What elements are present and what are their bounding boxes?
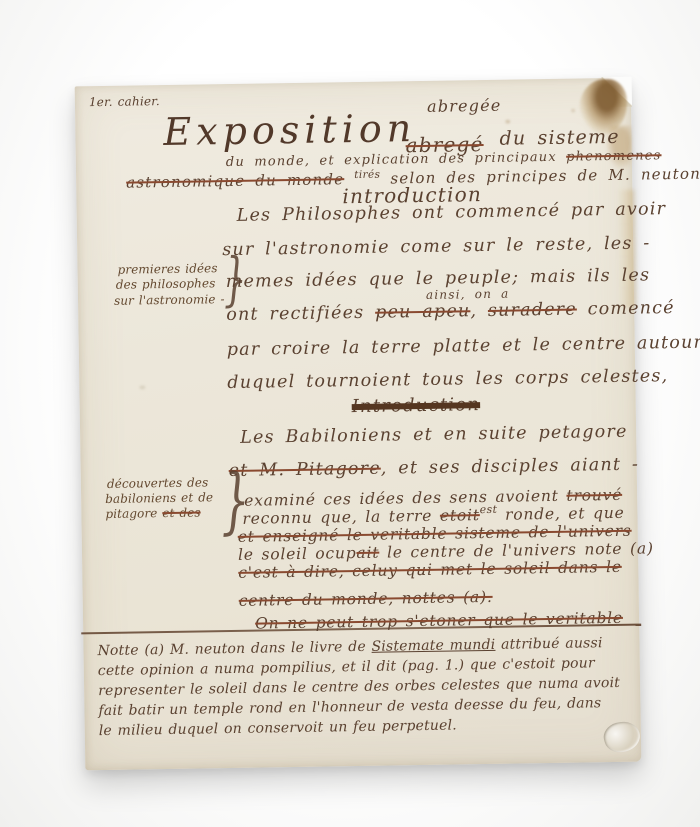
footnote-line-1: Notte (a) M. neuton dans le livre de Sis… bbox=[97, 636, 602, 658]
margin-note-1-line-3: sur l'astronomie - bbox=[114, 293, 225, 307]
title-tail: du sisteme bbox=[499, 128, 619, 149]
body-line-1: Les Philosophes ont commencé par avoir bbox=[237, 201, 667, 225]
body-line-5: par croire la terre platte et le centre … bbox=[227, 335, 700, 360]
cahier-label: 1er. cahier. bbox=[89, 95, 160, 108]
margin-note-2-line-2: babiloniens et de bbox=[105, 491, 213, 505]
fox-spot bbox=[139, 385, 145, 389]
body-line-13: c'est à dire, celuy qui met le soleil da… bbox=[238, 560, 622, 582]
footnote-line-2: cette opinion a numa pompilius, et il di… bbox=[98, 656, 595, 678]
body-line-15: On ne peut trop s'etoner que le veritabl… bbox=[255, 611, 623, 632]
margin-brace-1: } bbox=[223, 250, 247, 308]
margin-note-1-line-2: des philosophes bbox=[116, 277, 216, 291]
manuscript-page: 1er. cahier.Expositionabregéeabregédu si… bbox=[75, 78, 642, 771]
footnote-line-4: fait batir un temple rond en l'honneur d… bbox=[98, 696, 601, 718]
margin-note-1-line-1: premieres idées bbox=[117, 262, 217, 276]
margin-brace-2: } bbox=[221, 464, 251, 536]
footnote-line-5: le milieu duquel on conservoit un feu pe… bbox=[99, 718, 457, 738]
body-insert-above: ainsi, on a bbox=[426, 288, 510, 301]
blind-stamp bbox=[601, 718, 644, 756]
body-line-8: et M. Pitagore, et ses disciples aiant - bbox=[229, 457, 640, 481]
title-main: Exposition bbox=[163, 109, 416, 151]
body-line-4: ont rectifiées peu apeu, suradere comenc… bbox=[226, 300, 675, 325]
fox-spot bbox=[571, 109, 575, 113]
fox-spot bbox=[505, 120, 510, 124]
footnote-line-3: representer le soleil dans le centre des… bbox=[98, 676, 620, 698]
title-insert-above: abregée bbox=[427, 98, 502, 115]
margin-note-2-line-3: pitagore et des bbox=[105, 506, 200, 519]
body-scribbled-word: Introduction bbox=[352, 396, 481, 416]
margin-note-2-line-1: découvertes des bbox=[107, 476, 209, 490]
body-line-2: sur l'astronomie come sur le reste, les … bbox=[222, 235, 650, 259]
body-line-7: Les Babiloniens et en suite petagore bbox=[240, 424, 628, 448]
body-line-6: duquel tournoient tous les corps celeste… bbox=[227, 368, 668, 392]
body-line-14: centre du monde, nottes (a). bbox=[239, 590, 493, 609]
